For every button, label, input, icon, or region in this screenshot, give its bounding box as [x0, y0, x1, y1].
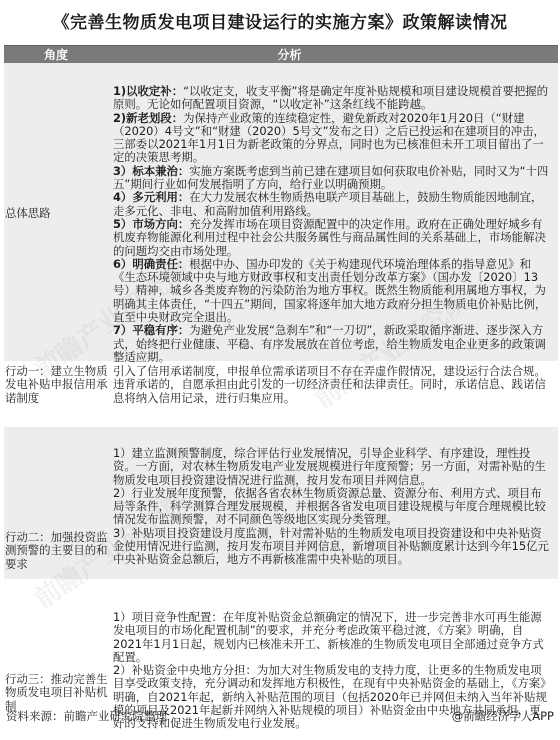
source-note: 资料来源：前瞻产业研究院整理: [6, 708, 167, 724]
row-angle: 行动一：建立生物质发电补贴申报信用承诺制度: [4, 361, 111, 413]
row-analysis: 1）建立监测预警制度，综合评估行业发展情况，引导企业科学、有序建设，理性投资。一…: [111, 427, 558, 579]
row-angle: 行动三：推动完善生物质发电项目补贴机制: [4, 583, 111, 719]
table-row: 行动三：推动完善生物质发电项目补贴机制 1）项目竞争性配置：在年度补贴资金总额确…: [4, 583, 558, 719]
item-label: 5）市场方向：: [113, 217, 189, 231]
row-angle: 总体思路: [4, 67, 111, 361]
analysis-item: 7）平稳有序：为避免产业发展“急刹车”和“一刀切”，新政采取循序渐进、逐步深入方…: [113, 324, 552, 364]
policy-table: 角度 分析 总体思路 1)以收定补：“以收定支，收支平衡”将是确定年度补贴规模和…: [4, 45, 558, 719]
table-row: 行动二：加强投资监测预警的主要目的和要求 1）建立监测预警制度，综合评估行业发展…: [4, 427, 558, 579]
header-analysis: 分析: [111, 46, 558, 63]
analysis-item: 2)新老划段：为保持产业政策的连续稳定性，避免新政对2020年1月20日（“财建…: [113, 112, 552, 165]
row-analysis: 1)以收定补：“以收定支，收支平衡”将是确定年度补贴规模和项目建设规模首要把握的…: [111, 67, 558, 361]
item-label: 6）明确责任：: [113, 257, 189, 271]
item-label: 3）标本兼治：: [113, 164, 189, 178]
row-analysis: 1）项目竞争性配置：在年度补贴资金总额确定的情况下，进一步完善非水可再生能源发电…: [111, 583, 558, 719]
row-angle-text: 行动一：建立生物质发电补贴申报信用承诺制度: [5, 365, 109, 405]
header-angle: 角度: [4, 46, 111, 63]
row-analysis: 引入了信用承诺制度，申报单位需承诺项目不存在弄虚作假情况，建设运行合法合规。违背…: [111, 361, 558, 413]
item-label: 1)以收定补：: [113, 84, 183, 98]
row-angle-text: 总体思路: [5, 207, 51, 220]
table-row: 行动一：建立生物质发电补贴申报信用承诺制度 引入了信用承诺制度，申报单位需承诺项…: [4, 361, 558, 413]
analysis-item: 1）项目竞争性配置：在年度补贴资金总额确定的情况下，进一步完善非水可再生能源发电…: [113, 611, 552, 664]
item-label: 4）多元利用：: [113, 190, 189, 204]
analysis-item: 5）市场方向：充分发挥市场在项目资源配置中的决定作用。政府在正确处理好城乡有机废…: [113, 218, 552, 258]
footer: 资料来源：前瞻产业研究院整理 @前瞻经济学人APP: [6, 708, 554, 724]
analysis-item: 引入了信用承诺制度，申报单位需承诺项目不存在弄虚作假情况，建设运行合法合规。违背…: [113, 365, 552, 405]
credit-text: @前瞻经济学人APP: [452, 708, 554, 724]
analysis-item: 4）多元利用：在大力发展农林生物质热电联产项目基础上，鼓励生物质能因地制宜，走多…: [113, 191, 552, 218]
row-angle: 行动二：加强投资监测预警的主要目的和要求: [4, 427, 111, 579]
table-header: 角度 分析: [4, 45, 558, 63]
analysis-item: 6）明确责任：根据中办、国办印发的《关于构建现代环境治理体系的指导意见》和《生态…: [113, 258, 552, 324]
analysis-item: 1)以收定补：“以收定支，收支平衡”将是确定年度补贴规模和项目建设规模首要把握的…: [113, 85, 552, 112]
analysis-item: 3）标本兼治：实施方案既考虑到当前已建在建项目如何获取电价补贴，同时又为“十四五…: [113, 165, 552, 192]
page-title: 《完善生物质发电项目建设运行的实施方案》政策解读情况: [0, 8, 560, 33]
analysis-item: 2）行业发展年度预警，依据各省农林生物质资源总量、资源分布、利用方式、项目布局等…: [113, 487, 552, 527]
item-label: 7）平稳有序：: [113, 323, 189, 337]
row-angle-text: 行动二：加强投资监测预警的主要目的和要求: [5, 531, 109, 571]
item-label: 2)新老划段：: [113, 111, 183, 125]
table-row: 总体思路 1)以收定补：“以收定支，收支平衡”将是确定年度补贴规模和项目建设规模…: [4, 63, 558, 361]
analysis-item: 3）补贴项目投资建设月度监测，针对需补贴的生物质发电项目投资建设和中央补贴资金使…: [113, 527, 552, 567]
analysis-item: 1）建立监测预警制度，综合评估行业发展情况，引导企业科学、有序建设，理性投资。一…: [113, 447, 552, 487]
